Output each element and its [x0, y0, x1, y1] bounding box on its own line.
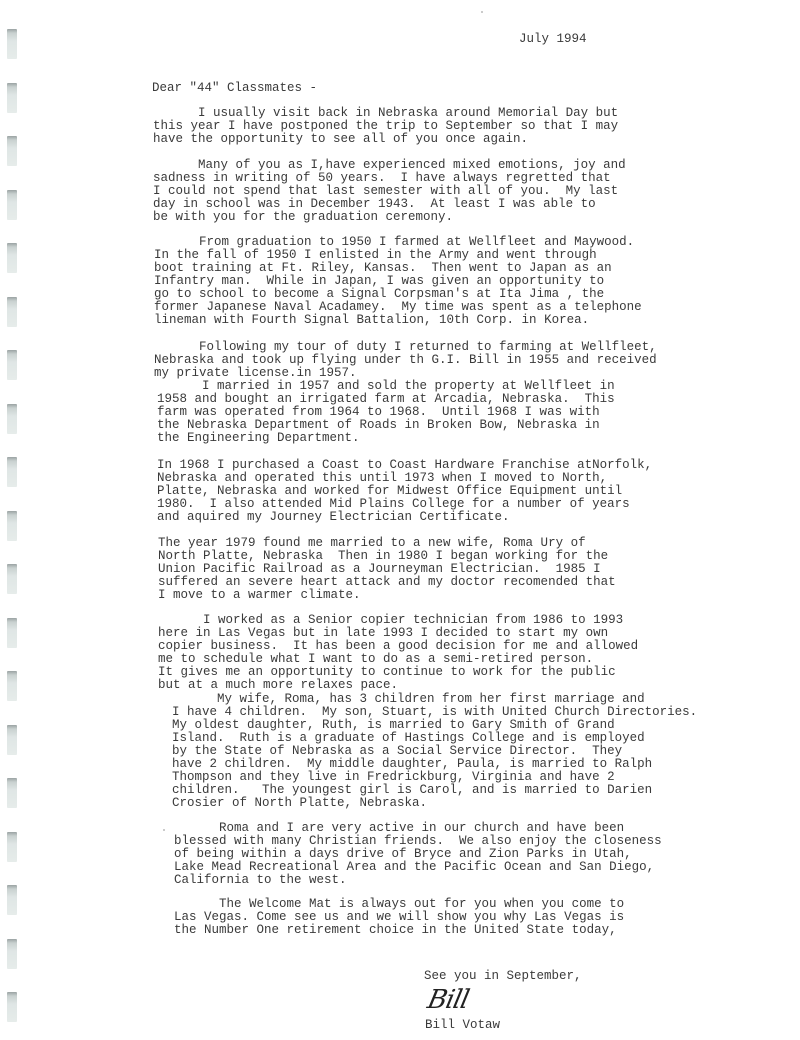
binding-hole: [7, 671, 17, 701]
binding-hole: [7, 190, 17, 220]
binding-hole: [7, 564, 17, 594]
paragraph-3: From graduation to 1950 I farmed at Well…: [154, 236, 642, 327]
binding-hole: [7, 992, 17, 1022]
binding-hole: [7, 243, 17, 273]
closing: See you in September,: [424, 970, 582, 983]
handwritten-signature: Bill: [425, 985, 471, 1015]
binding-hole: [7, 832, 17, 862]
salutation: Dear "44" Classmates -: [152, 82, 317, 95]
binding-hole: [7, 885, 17, 915]
paragraph-6: In 1968 I purchased a Coast to Coast Har…: [157, 459, 652, 524]
binding-hole: [7, 457, 17, 487]
paragraph-1: I usually visit back in Nebraska around …: [153, 107, 618, 146]
scan-speck: [481, 11, 483, 13]
binding-hole: [7, 404, 17, 434]
binding-hole: [7, 136, 17, 166]
paragraph-10: Roma and I are very active in our church…: [174, 822, 662, 887]
binding-hole: [7, 350, 17, 380]
binding-hole: [7, 778, 17, 808]
binding-hole: [7, 939, 17, 969]
paragraph-8: I worked as a Senior copier technician f…: [158, 614, 638, 692]
binding-hole: [7, 618, 17, 648]
paragraph-2: Many of you as I,have experienced mixed …: [153, 159, 626, 224]
binding-hole: [7, 511, 17, 541]
binding-hole: [7, 725, 17, 755]
letter-date: July 1994: [519, 33, 587, 46]
binding-hole: [7, 29, 17, 59]
binding-hole: [7, 83, 17, 113]
paragraph-9: My wife, Roma, has 3 children from her f…: [172, 693, 697, 810]
scan-speck: [163, 829, 165, 831]
paragraph-5: I married in 1957 and sold the property …: [157, 380, 615, 445]
paragraph-7: The year 1979 found me married to a new …: [158, 537, 616, 602]
binding-hole: [7, 297, 17, 327]
paragraph-4: Following my tour of duty I returned to …: [154, 341, 657, 380]
paragraph-11: The Welcome Mat is always out for you wh…: [174, 898, 624, 937]
signer-name: Bill Votaw: [425, 1019, 500, 1032]
